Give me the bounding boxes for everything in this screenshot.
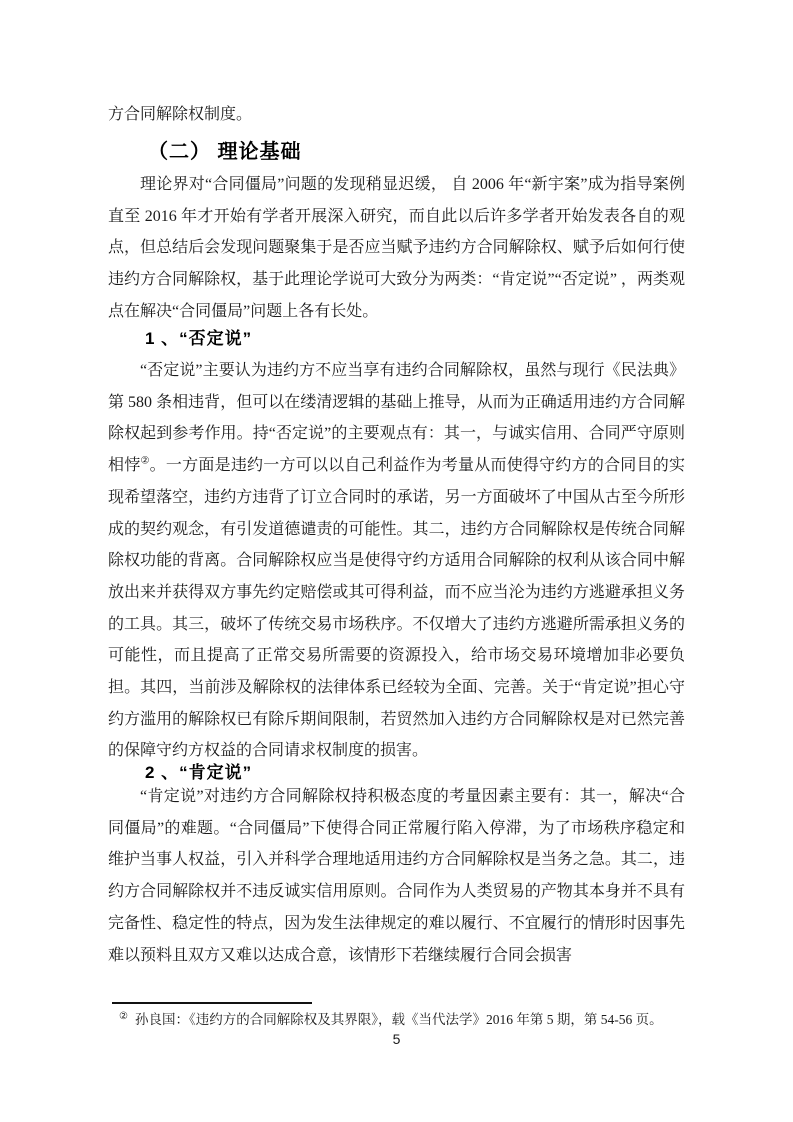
intro-paragraph: 理论界对“合同僵局”问题的发现稍显迟缓， 自 2006 年“新宇案”成为指导案例… xyxy=(108,169,685,328)
footnote-marker: ② xyxy=(119,1011,128,1022)
subsection-1-paragraph: “否定说”主要认为违约方不应当享有违约合同解除权，虽然与现行《民法典》第 580… xyxy=(108,355,685,767)
continuation-paragraph: 方合同解除权制度。 xyxy=(108,99,685,131)
subsection-1-text-after-note: 。一方面是违约一方可以以自己利益作为考量从而使得守约方的合同目的实现希望落空，违… xyxy=(108,457,685,759)
footnote: ②孙良国：《违约方的合同解除权及其界限》，载《当代法学》2016 年第 5 期，… xyxy=(119,1009,694,1030)
document-page: 方合同解除权制度。 （二） 理论基础 理论界对“合同僵局”问题的发现稍显迟缓， … xyxy=(0,0,793,1122)
footnote-text: 孙良国：《违约方的合同解除权及其界限》，载《当代法学》2016 年第 5 期，第… xyxy=(135,1012,663,1027)
subsection-1-heading: 1 、“否定说” xyxy=(108,326,685,352)
footnote-separator-line xyxy=(112,1002,312,1004)
section-heading: （二） 理论基础 xyxy=(108,137,685,169)
page-number: 5 xyxy=(0,1031,793,1047)
subsection-2-paragraph: “肯定说”对违约方合同解除权持积极态度的考量因素主要有：其一，解决“合同僵局”的… xyxy=(108,781,685,971)
footnote-reference-marker: ② xyxy=(140,456,149,467)
